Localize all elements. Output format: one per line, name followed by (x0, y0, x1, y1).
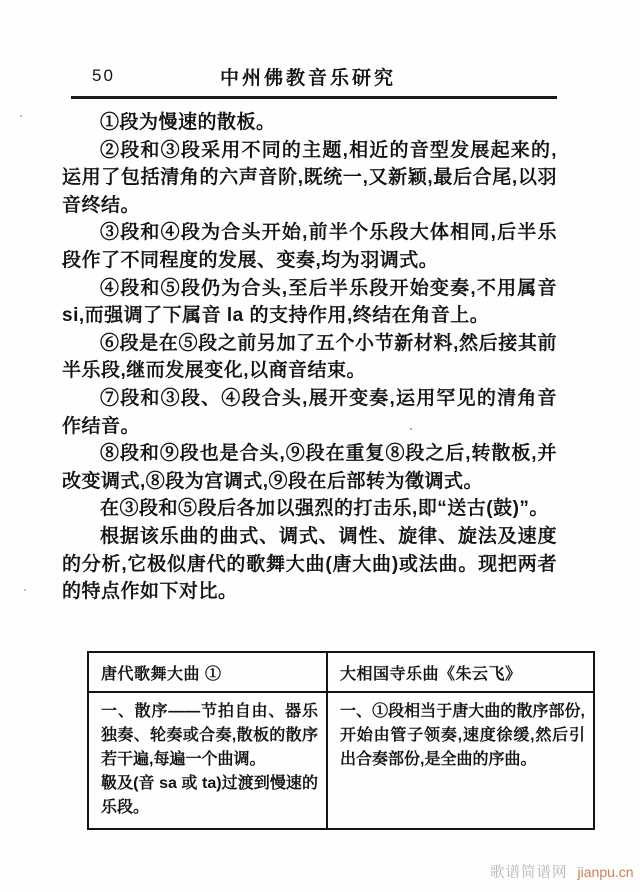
scanned-book-page: 50 中州佛教音乐研究 ①段为慢速的散板。 ②段和③段采用不同的主题,相近的音型… (0, 0, 640, 892)
body-text: ①段为慢速的散板。 ②段和③段采用不同的主题,相近的音型发展起来的,运用了包括清… (62, 109, 557, 606)
watermark: 歌谱简谱网 jianpu.cn (490, 861, 634, 882)
watermark-site-name: 歌谱简谱网 (490, 865, 568, 881)
paragraph-4: ④段和⑤段仍为合头,至后半乐段开始变奏,不用属音 si,而强调了下属音 la 的… (62, 275, 557, 330)
table-header-row: 唐代歌舞大曲 ① 大相国寺乐曲《朱云飞》 (88, 652, 594, 692)
scan-speck (410, 428, 412, 430)
paragraph-7: ⑧段和⑨段也是合头,⑨段在重复⑧段之后,转散板,并改变调式,⑧段为宫调式,⑨段在… (62, 440, 557, 495)
comparison-table: 唐代歌舞大曲 ① 大相国寺乐曲《朱云飞》 一、散序——节拍自由、器乐独奏、轮奏或… (87, 651, 595, 830)
table-cell-right-line-1: 一、①段相当于唐大曲的散序部份,开始由管子领奏,速度徐缓,然后引出合奏部份,是全… (340, 700, 585, 772)
paragraph-2: ②段和③段采用不同的主题,相近的音型发展起来的,运用了包括清角的六声音阶,既统一… (62, 137, 557, 220)
table-cell-daxiangguosi: 一、①段相当于唐大曲的散序部份,开始由管子领奏,速度徐缓,然后引出合奏部份,是全… (327, 692, 594, 829)
table-header-daxiangguosi: 大相国寺乐曲《朱云飞》 (327, 652, 594, 692)
scan-speck (24, 589, 26, 591)
table-cell-left-line-2: 靸及(音 sa 或 ta)过渡到慢速的乐段。 (101, 772, 318, 820)
table-cell-tang-daqu: 一、散序——节拍自由、器乐独奏、轮奏或合奏,散板的散序若干遍,每遍一个曲调。 靸… (88, 692, 327, 829)
page-header-title: 中州佛教音乐研究 (0, 63, 616, 90)
paragraph-1: ①段为慢速的散板。 (62, 109, 557, 137)
table-header-tang-daqu: 唐代歌舞大曲 ① (88, 652, 327, 692)
table-cell-left-line-1: 一、散序——节拍自由、器乐独奏、轮奏或合奏,散板的散序若干遍,每遍一个曲调。 (101, 700, 318, 772)
header-rule (71, 96, 557, 99)
paragraph-3: ③段和④段为合头开始,前半个乐段大体相同,后半乐段作了不同程度的发展、变奏,均为… (62, 219, 557, 274)
scan-speck (20, 115, 22, 117)
paragraph-8: 在③段和⑤段后各加以强烈的打击乐,即“送古(鼓)”。 (62, 495, 557, 523)
paragraph-5: ⑥段是在⑤段之前另加了五个小节新材料,然后接其前半乐段,继而发展变化,以商音结束… (62, 330, 557, 385)
paragraph-6: ⑦段和③段、④段合头,展开变奏,运用罕见的清角音作结音。 (62, 385, 557, 440)
paragraph-9: 根据该乐曲的曲式、调式、调性、旋律、旋法及速度的分析,它极似唐代的歌舞大曲(唐大… (62, 523, 557, 606)
watermark-site-url: jianpu.cn (578, 864, 634, 880)
table-body-row: 一、散序——节拍自由、器乐独奏、轮奏或合奏,散板的散序若干遍,每遍一个曲调。 靸… (88, 692, 594, 829)
